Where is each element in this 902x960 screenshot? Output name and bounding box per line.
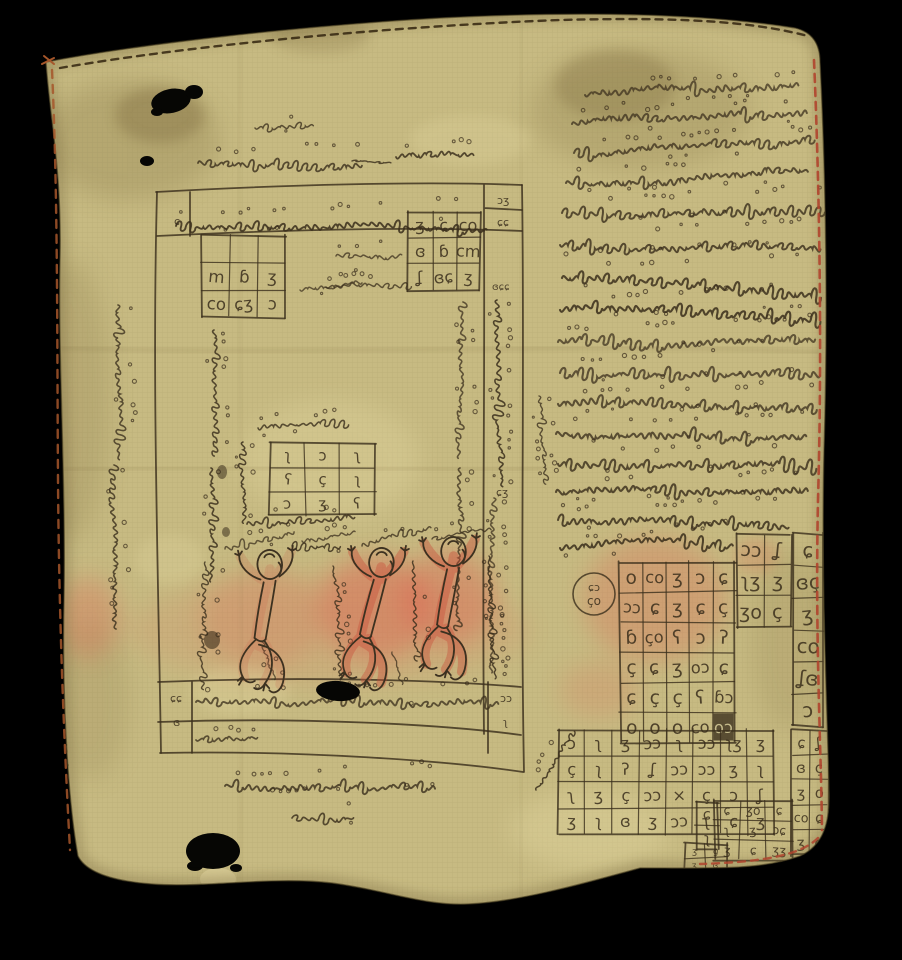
number-grid-bottom-right: ɕʒoɕʅʒɔɕʒɕʒʒ bbox=[713, 799, 793, 860]
border-glyph: ɕʒ bbox=[496, 486, 508, 499]
grid-cell: ʒ bbox=[672, 568, 683, 589]
hole bbox=[187, 861, 203, 871]
grid-cell: ʒ bbox=[648, 811, 659, 831]
grid-cell: ɔ bbox=[267, 293, 278, 314]
grid-cell: ɓ bbox=[238, 266, 250, 287]
grid-cell: ʅ bbox=[353, 446, 361, 464]
grid-cell: ɕ bbox=[648, 657, 660, 679]
grid-cell: ʅ bbox=[757, 760, 765, 779]
grid-cell: ʒ bbox=[772, 569, 785, 593]
grid-cell: ʒ bbox=[672, 598, 683, 619]
grid-cell: ɕ bbox=[649, 597, 661, 619]
grid-line bbox=[201, 262, 285, 263]
grid-cell: ʕ bbox=[353, 494, 362, 513]
grid-cell: ɕ bbox=[718, 567, 729, 588]
grid-line bbox=[737, 534, 790, 535]
grid-line bbox=[792, 779, 829, 780]
grid-cell: co bbox=[206, 293, 227, 314]
grid-line bbox=[201, 235, 202, 317]
grid-cell: ʒ bbox=[692, 847, 698, 857]
grid-cell: ɔɔ bbox=[622, 597, 641, 617]
grid-cell: ʒ bbox=[415, 216, 425, 235]
hole bbox=[140, 156, 154, 166]
grid-cell: ɞɕ bbox=[433, 267, 454, 288]
border-glyph: ɔʒ bbox=[497, 194, 509, 207]
grid-cell: ʒ bbox=[749, 822, 757, 837]
magic-square-top-right: ʒɕcoɞɓcmʆɞɕʒ bbox=[407, 211, 481, 291]
grid-cell: ɕ bbox=[626, 688, 637, 709]
grid-cell: o bbox=[625, 567, 637, 589]
grid-cell: ɕ bbox=[749, 842, 757, 857]
grid-cell: ɔɔ bbox=[669, 811, 688, 832]
grid-cell: ɕ bbox=[439, 216, 449, 236]
hole bbox=[230, 864, 242, 872]
grid-cell: ʔ bbox=[621, 760, 629, 779]
grid-cell: ɔɕ bbox=[772, 822, 787, 838]
grid-cell: ɕ bbox=[802, 539, 813, 562]
grid-cell: ʅ bbox=[595, 734, 603, 753]
grid-cell: ɓɔ bbox=[714, 687, 734, 707]
grid-cell: ɔɔ bbox=[643, 785, 662, 805]
grid-line bbox=[737, 533, 738, 628]
grid-cell: ɡ bbox=[713, 847, 719, 857]
grid-cell: cm bbox=[456, 241, 481, 261]
grid-cell: ʒ bbox=[756, 734, 765, 753]
border-glyph: ɕɕ bbox=[497, 216, 509, 229]
grid-cell: ʒ bbox=[620, 734, 630, 753]
grid-cell: ɞ bbox=[796, 760, 806, 777]
grid-cell: ç bbox=[672, 688, 683, 709]
grid-cell: ɔ bbox=[802, 699, 814, 723]
red-wash-stain bbox=[130, 575, 530, 685]
grid-line bbox=[695, 825, 720, 826]
border-glyph: ʅ bbox=[503, 716, 508, 729]
grid-cell: ʒ bbox=[567, 812, 577, 831]
grid-cell: ʒ bbox=[728, 760, 738, 780]
hole bbox=[151, 108, 163, 116]
grid-cell: ʕ bbox=[672, 627, 683, 649]
circle-glyph-bottom: ço bbox=[587, 594, 601, 608]
grid-cell: m bbox=[208, 266, 226, 287]
grid-cell: ɔɔ bbox=[740, 538, 763, 563]
grid-cell: ʒo bbox=[745, 802, 761, 818]
grid-cell: ç bbox=[771, 600, 783, 623]
grid-line bbox=[269, 514, 377, 515]
grid-cell: ɞ bbox=[620, 812, 631, 831]
grid-cell: ɔ bbox=[729, 786, 738, 805]
grid-cell: ʒ bbox=[593, 786, 603, 805]
grid-cell: ʅʒ bbox=[725, 733, 743, 753]
grid-cell: ʔ bbox=[719, 628, 729, 649]
grid-cell: ʒ bbox=[267, 266, 278, 287]
grid-cell: ɓ bbox=[438, 242, 449, 261]
grid-cell: ço bbox=[644, 627, 664, 647]
grid-line bbox=[791, 535, 792, 626]
grid-cell: ʅ bbox=[724, 822, 730, 837]
grid-line bbox=[792, 800, 793, 860]
grid-cell: ɕ bbox=[695, 598, 706, 619]
grid-cell: ɔɔ bbox=[670, 759, 689, 779]
grid-cell: ʅ bbox=[594, 760, 603, 780]
grid-cell: ɔ bbox=[695, 628, 705, 649]
grid-line bbox=[734, 561, 735, 741]
grid-line bbox=[407, 290, 478, 291]
grid-cell: ɕ bbox=[703, 805, 712, 823]
circle-glyph-top: ɕɔ bbox=[588, 581, 600, 594]
hole bbox=[185, 85, 203, 99]
grid-line bbox=[374, 444, 375, 515]
grid-cell: ɕ bbox=[776, 802, 783, 817]
grid-cell: ɞ bbox=[414, 241, 426, 261]
grid-cell: ɓ bbox=[625, 628, 638, 649]
grid-cell: ɔɔ bbox=[698, 734, 716, 753]
grid-cell: ɕ bbox=[723, 802, 730, 817]
grid-cell: oɔ bbox=[690, 657, 710, 677]
grid-cell: ʒo bbox=[739, 600, 762, 624]
grid-cell: ɔ bbox=[318, 446, 326, 464]
grid-cell: ʒ bbox=[797, 785, 806, 802]
grid-cell: ʅ bbox=[595, 812, 603, 831]
grid-cell: ç bbox=[621, 785, 631, 805]
grid-cell: ʅ bbox=[284, 446, 292, 464]
grid-cell: × bbox=[672, 785, 687, 805]
grid-cell: ç bbox=[318, 470, 327, 488]
grid-cell: ç bbox=[626, 658, 636, 679]
grid-cell: ɕʒ bbox=[233, 293, 254, 315]
grid-cell: ʒ bbox=[800, 603, 814, 627]
grid-cell: ʒ bbox=[463, 268, 474, 288]
grid-line bbox=[619, 712, 736, 713]
grid-cell: ʅ bbox=[354, 470, 361, 488]
grid-cell: ʅʒ bbox=[740, 569, 760, 592]
grid-cell: o bbox=[814, 784, 824, 802]
border-glyph: ɔɔ bbox=[500, 692, 512, 705]
grid-cell: ç bbox=[649, 687, 660, 709]
grid-cell: ɔɔ bbox=[643, 733, 662, 753]
grid-cell: ç bbox=[567, 760, 577, 779]
magic-square-center: ʅɔʅʕçʅɔʒʕ bbox=[269, 442, 377, 516]
photo-of-manuscript-cloth: ɕ ɔʒ ɕɕ ɞɕɕ ɕʒ ɕɕ ɞ ɔɔ ʅ mɓʒcoɕʒɔʒɕcoɞɓc… bbox=[0, 0, 902, 960]
grid-cell: ʕ bbox=[695, 687, 706, 709]
grid-cell: ɕ bbox=[718, 657, 729, 678]
grid-cell: ɔɔ bbox=[698, 760, 716, 779]
grid-cell: co bbox=[794, 810, 810, 826]
border-glyph: ɕɕ bbox=[170, 692, 182, 705]
border-glyph: ɞ bbox=[173, 716, 180, 729]
grid-line bbox=[407, 211, 408, 291]
grid-cell: ɔ bbox=[695, 567, 706, 589]
manuscript-cloth-illustration: ɕ ɔʒ ɕɕ ɞɕɕ ɕʒ ɕɕ ɞ ɔɔ ʅ mɓʒcoɕʒɔʒɕcoɞɓc… bbox=[0, 0, 902, 960]
grid-line bbox=[558, 730, 774, 731]
grid-cell: ɕ bbox=[797, 734, 807, 752]
grid-cell: ʅ bbox=[676, 734, 684, 753]
cloth: ɕ ɔʒ ɕɕ ɞɕɕ ɕʒ ɕɕ ɞ ɔɔ ʅ mɓʒcoɕʒɔʒɕcoɞɓc… bbox=[30, 0, 840, 930]
grid-cell: ç bbox=[717, 597, 729, 619]
border-glyph: ɞɕɕ bbox=[492, 282, 510, 293]
grid-cell: co bbox=[645, 568, 665, 588]
grid-cell: ʒ bbox=[671, 657, 683, 679]
grid-line bbox=[713, 562, 714, 742]
